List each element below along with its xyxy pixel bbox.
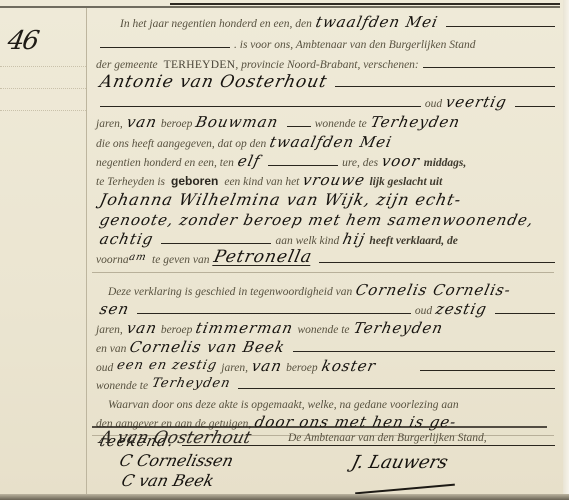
line-birth-date: die ons heeft aangegeven, dat op den twa… [96,132,559,150]
signature-witness-1: C Cornelissen [118,451,236,470]
municipality-name: TERHEYDEN [164,59,236,71]
line-witness1-age: sen oud zestig [96,299,559,317]
line-birth-time: negentien honderd en een, ten elf ure, d… [96,151,559,169]
signature-official: J. Lauwers [349,452,450,473]
witness2-name: Cornelis van Beek [129,339,287,355]
line-witness2-residence: wonende te Terheyden [96,374,559,392]
line-witness-intro: Deze verklaring is geschied in tegenwoor… [96,280,559,298]
margin-rule [86,8,87,498]
birth-hour: elf [236,153,262,169]
signature-declarant: A van Oosterhout [98,428,254,448]
born-label: geboren [171,174,218,188]
line-municipality: der gemeente TERHEYDEN , provincie Noord… [96,53,559,71]
line-born: te Terheyden is geboren een kind van het… [96,170,559,188]
top-rule [0,6,560,8]
line-declarant-name: Antonie van Oosterhout [96,72,559,90]
official-label: De Ambtenaar van den Burgerlijken Stand, [288,432,487,444]
witness2-age: een en zestig [116,358,219,374]
binding-shadow [0,494,569,500]
line-official: . is voor ons, Ambtenaar van den Burgerl… [96,33,559,51]
declarant-name: Antonie van Oosterhout [98,74,329,90]
birth-date: twaalfden Mei [269,134,394,150]
declarant-residence: Terheyden [369,114,461,130]
witness2-residence: Terheyden [150,376,232,392]
birth-meridiem: voor [380,153,421,169]
signature-witness-2: C van Beek [120,471,216,490]
handwritten-date: twaalfden Mei [314,14,439,30]
line-mother: Johanna Wilhelmina van Wijk, zijn echt- [96,190,559,208]
mother-name: Johanna Wilhelmina van Wijk, zijn echt- [98,192,463,208]
child-sex: vrouwe [302,172,367,188]
margin-ruling [0,66,86,67]
line-mother-occupation: genoote, zonder beroep met hem samenwoon… [96,210,559,228]
witness2-occupation: koster [320,358,377,374]
witness1-name: Cornelis Cornelis- [355,282,513,298]
witness1-occupation: timmerman [195,320,296,336]
top-rule-heavy [170,3,560,5]
line-child-name: voornaam te geven van Petronella [96,248,559,266]
line-declarant-age: oud veertig [96,92,559,110]
margin-ruling [0,110,86,111]
line-closing: Waarvan door ons deze akte is opgemaakt,… [96,393,559,411]
declarant-occupation: Bouwman [195,114,281,130]
page-edge [563,0,569,500]
margin-ruling [0,88,86,89]
line-declarant-occupation: jaren, van beroep Bouwman wonende te Ter… [96,112,559,130]
witness1-residence: Terheyden [352,320,444,336]
certificate-page: 46 In het jaar negentien honderd en een,… [0,0,569,500]
line-witness2-age: oud een en zestig jaren, van beroep kost… [96,356,559,374]
child-name: Petronella [212,249,314,266]
line-witness2-name: en van Cornelis van Beek [96,337,559,355]
signature-flourish [355,484,455,495]
mother-occupation: genoote, zonder beroep met hem samenwoon… [98,212,535,228]
line-date: In het jaar negentien honderd en een, de… [96,12,559,30]
act-number: 46 [5,26,39,56]
line-name-declaration: achtig aan welk kind hij heeft verklaard… [96,229,559,247]
line-witness1-occupation: jaren, van beroep timmerman wonende te T… [96,318,559,336]
declarant-age: veertig [444,94,508,110]
section-divider [92,272,554,273]
witness1-age: zestig [434,301,488,317]
